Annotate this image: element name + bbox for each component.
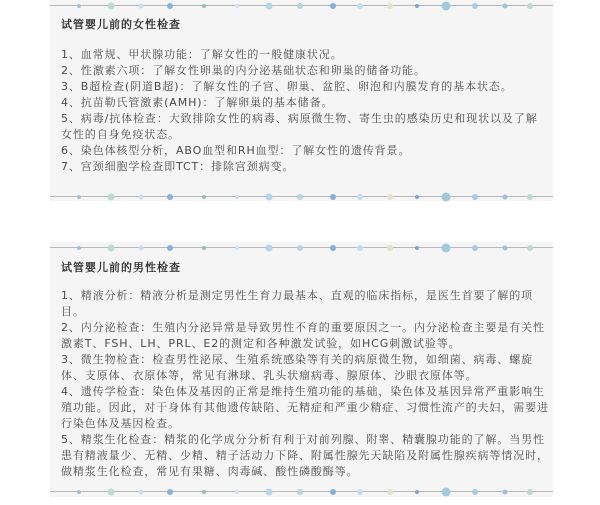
bead-dot-icon <box>235 490 239 494</box>
bead-dot-icon <box>167 194 173 200</box>
bead-divider-bottom-2 <box>50 486 553 498</box>
bead-dot-icon <box>387 489 393 495</box>
male-item-4: 4、遗传学检查：染色体及基因的正常是维持生殖功能的基础，染色体及基因异常严重影响… <box>61 384 549 432</box>
bead-dot-icon <box>108 193 115 200</box>
female-item-4: 4、抗苗勒氏管激素(AMH)：了解卵巢的基本储备。 <box>61 95 549 111</box>
bead-dot-icon <box>266 2 273 9</box>
male-item-5: 5、精浆生化检查：精浆的化学成分分析有利于对前列腺、附睾、精囊腺功能的了解。当男… <box>61 432 549 480</box>
bead-dot-icon <box>330 3 336 9</box>
male-item-2: 2、内分泌检查：生殖内分泌异常是导致男性不育的重要原因之一。内分泌检查主要是有关… <box>61 320 549 352</box>
bead-dot-icon <box>442 487 451 496</box>
bead-dot-icon <box>202 4 206 8</box>
bead-dot-icon <box>167 3 173 9</box>
bead-dot-icon <box>330 489 336 495</box>
male-section-title: 试管婴儿前的男性检查 <box>61 259 181 275</box>
bead-dot-icon <box>415 4 419 8</box>
bead-dot-icon <box>202 490 206 494</box>
female-item-5: 5、病毒/抗体检查：大致排除女性的病毒、病原微生物、寄生虫的感染历史和现状以及了… <box>61 111 549 143</box>
bead-divider-top-2 <box>50 242 553 254</box>
male-item-1: 1、精液分析：精液分析是测定男性生育力最基本、直观的临床指标，是医生首要了解的项… <box>61 288 549 320</box>
watermark-logo: ȣ <box>581 474 592 495</box>
bead-dot-icon <box>527 3 533 9</box>
bead-dot-icon <box>472 245 478 251</box>
bead-dot-icon <box>235 195 239 199</box>
bead-dot-icon <box>387 194 393 200</box>
bead-dot-icon <box>527 245 533 251</box>
bead-dot-icon <box>108 488 115 495</box>
bead-divider-bottom-1 <box>50 191 553 203</box>
bead-dot-icon <box>503 245 508 250</box>
female-item-7: 7、宫颈细胞学检查即TCT：排除宫颈病变。 <box>61 159 549 175</box>
female-item-3: 3、B超检查(阴道B超)：了解女性的子宫、卵巢、盆腔、卵泡和内膜发育的基本状态。 <box>61 79 549 95</box>
bead-dot-icon <box>139 245 144 250</box>
bead-dot-icon <box>527 489 533 495</box>
bead-dot-icon <box>108 244 115 251</box>
bead-dot-icon <box>266 488 273 495</box>
male-exam-list: 1、精液分析：精液分析是测定男性生育力最基本、直观的临床指标，是医生首要了解的项… <box>61 288 549 480</box>
female-exam-list: 1、血常规、甲状腺功能：了解女性的一般健康状况。 2、性激素六项：了解女性卵巢的… <box>61 47 549 175</box>
bead-dot-icon <box>167 245 173 251</box>
bead-dot-icon <box>108 2 115 9</box>
bead-dot-icon <box>297 194 303 200</box>
bead-dot-icon <box>139 3 144 8</box>
bead-dot-icon <box>387 245 393 251</box>
bead-dot-icon <box>503 3 508 8</box>
bead-dot-icon <box>139 194 144 199</box>
bead-dot-icon <box>357 194 363 200</box>
bead-dot-icon <box>472 3 478 9</box>
bead-dot-icon <box>472 489 478 495</box>
bead-dot-icon <box>266 193 273 200</box>
bead-dot-icon <box>77 4 81 8</box>
bead-dot-icon <box>202 195 206 199</box>
female-item-2: 2、性激素六项：了解女性卵巢的内分泌基础状态和卵巢的储备功能。 <box>61 63 549 79</box>
bead-dot-icon <box>415 490 419 494</box>
bead-dot-icon <box>297 245 303 251</box>
bead-dot-icon <box>202 246 206 250</box>
bead-dot-icon <box>415 246 419 250</box>
bead-dot-icon <box>297 3 303 9</box>
bead-dot-icon <box>442 1 451 10</box>
bead-dot-icon <box>266 244 273 251</box>
bead-dot-icon <box>503 194 508 199</box>
bead-dot-icon <box>442 243 451 252</box>
bead-dot-icon <box>77 195 81 199</box>
bead-dot-icon <box>297 489 303 495</box>
bead-dot-icon <box>330 245 336 251</box>
bead-dot-icon <box>77 490 81 494</box>
bead-dot-icon <box>387 3 393 9</box>
bead-dot-icon <box>235 246 239 250</box>
bead-divider-top-1 <box>50 0 553 12</box>
bead-dot-icon <box>235 4 239 8</box>
bead-dot-icon <box>472 194 478 200</box>
male-item-3: 3、微生物检查：检查男性泌尿、生殖系统感染等有关的病原微生物，如细菌、病毒、螺旋… <box>61 352 549 384</box>
bead-dot-icon <box>77 246 81 250</box>
bead-dot-icon <box>442 192 451 201</box>
bead-dot-icon <box>357 489 363 495</box>
female-item-6: 6、染色体核型分析，ABO血型和RH血型：了解女性的遗传背景。 <box>61 143 549 159</box>
female-section-title: 试管婴儿前的女性检查 <box>61 16 181 32</box>
bead-dot-icon <box>330 194 336 200</box>
bead-dot-icon <box>415 195 419 199</box>
bead-dot-icon <box>139 489 144 494</box>
bead-dot-icon <box>167 489 173 495</box>
bead-dot-icon <box>527 194 533 200</box>
bead-dot-icon <box>357 3 363 9</box>
bead-dot-icon <box>503 489 508 494</box>
bead-dot-icon <box>357 245 363 251</box>
female-item-1: 1、血常规、甲状腺功能：了解女性的一般健康状况。 <box>61 47 549 63</box>
